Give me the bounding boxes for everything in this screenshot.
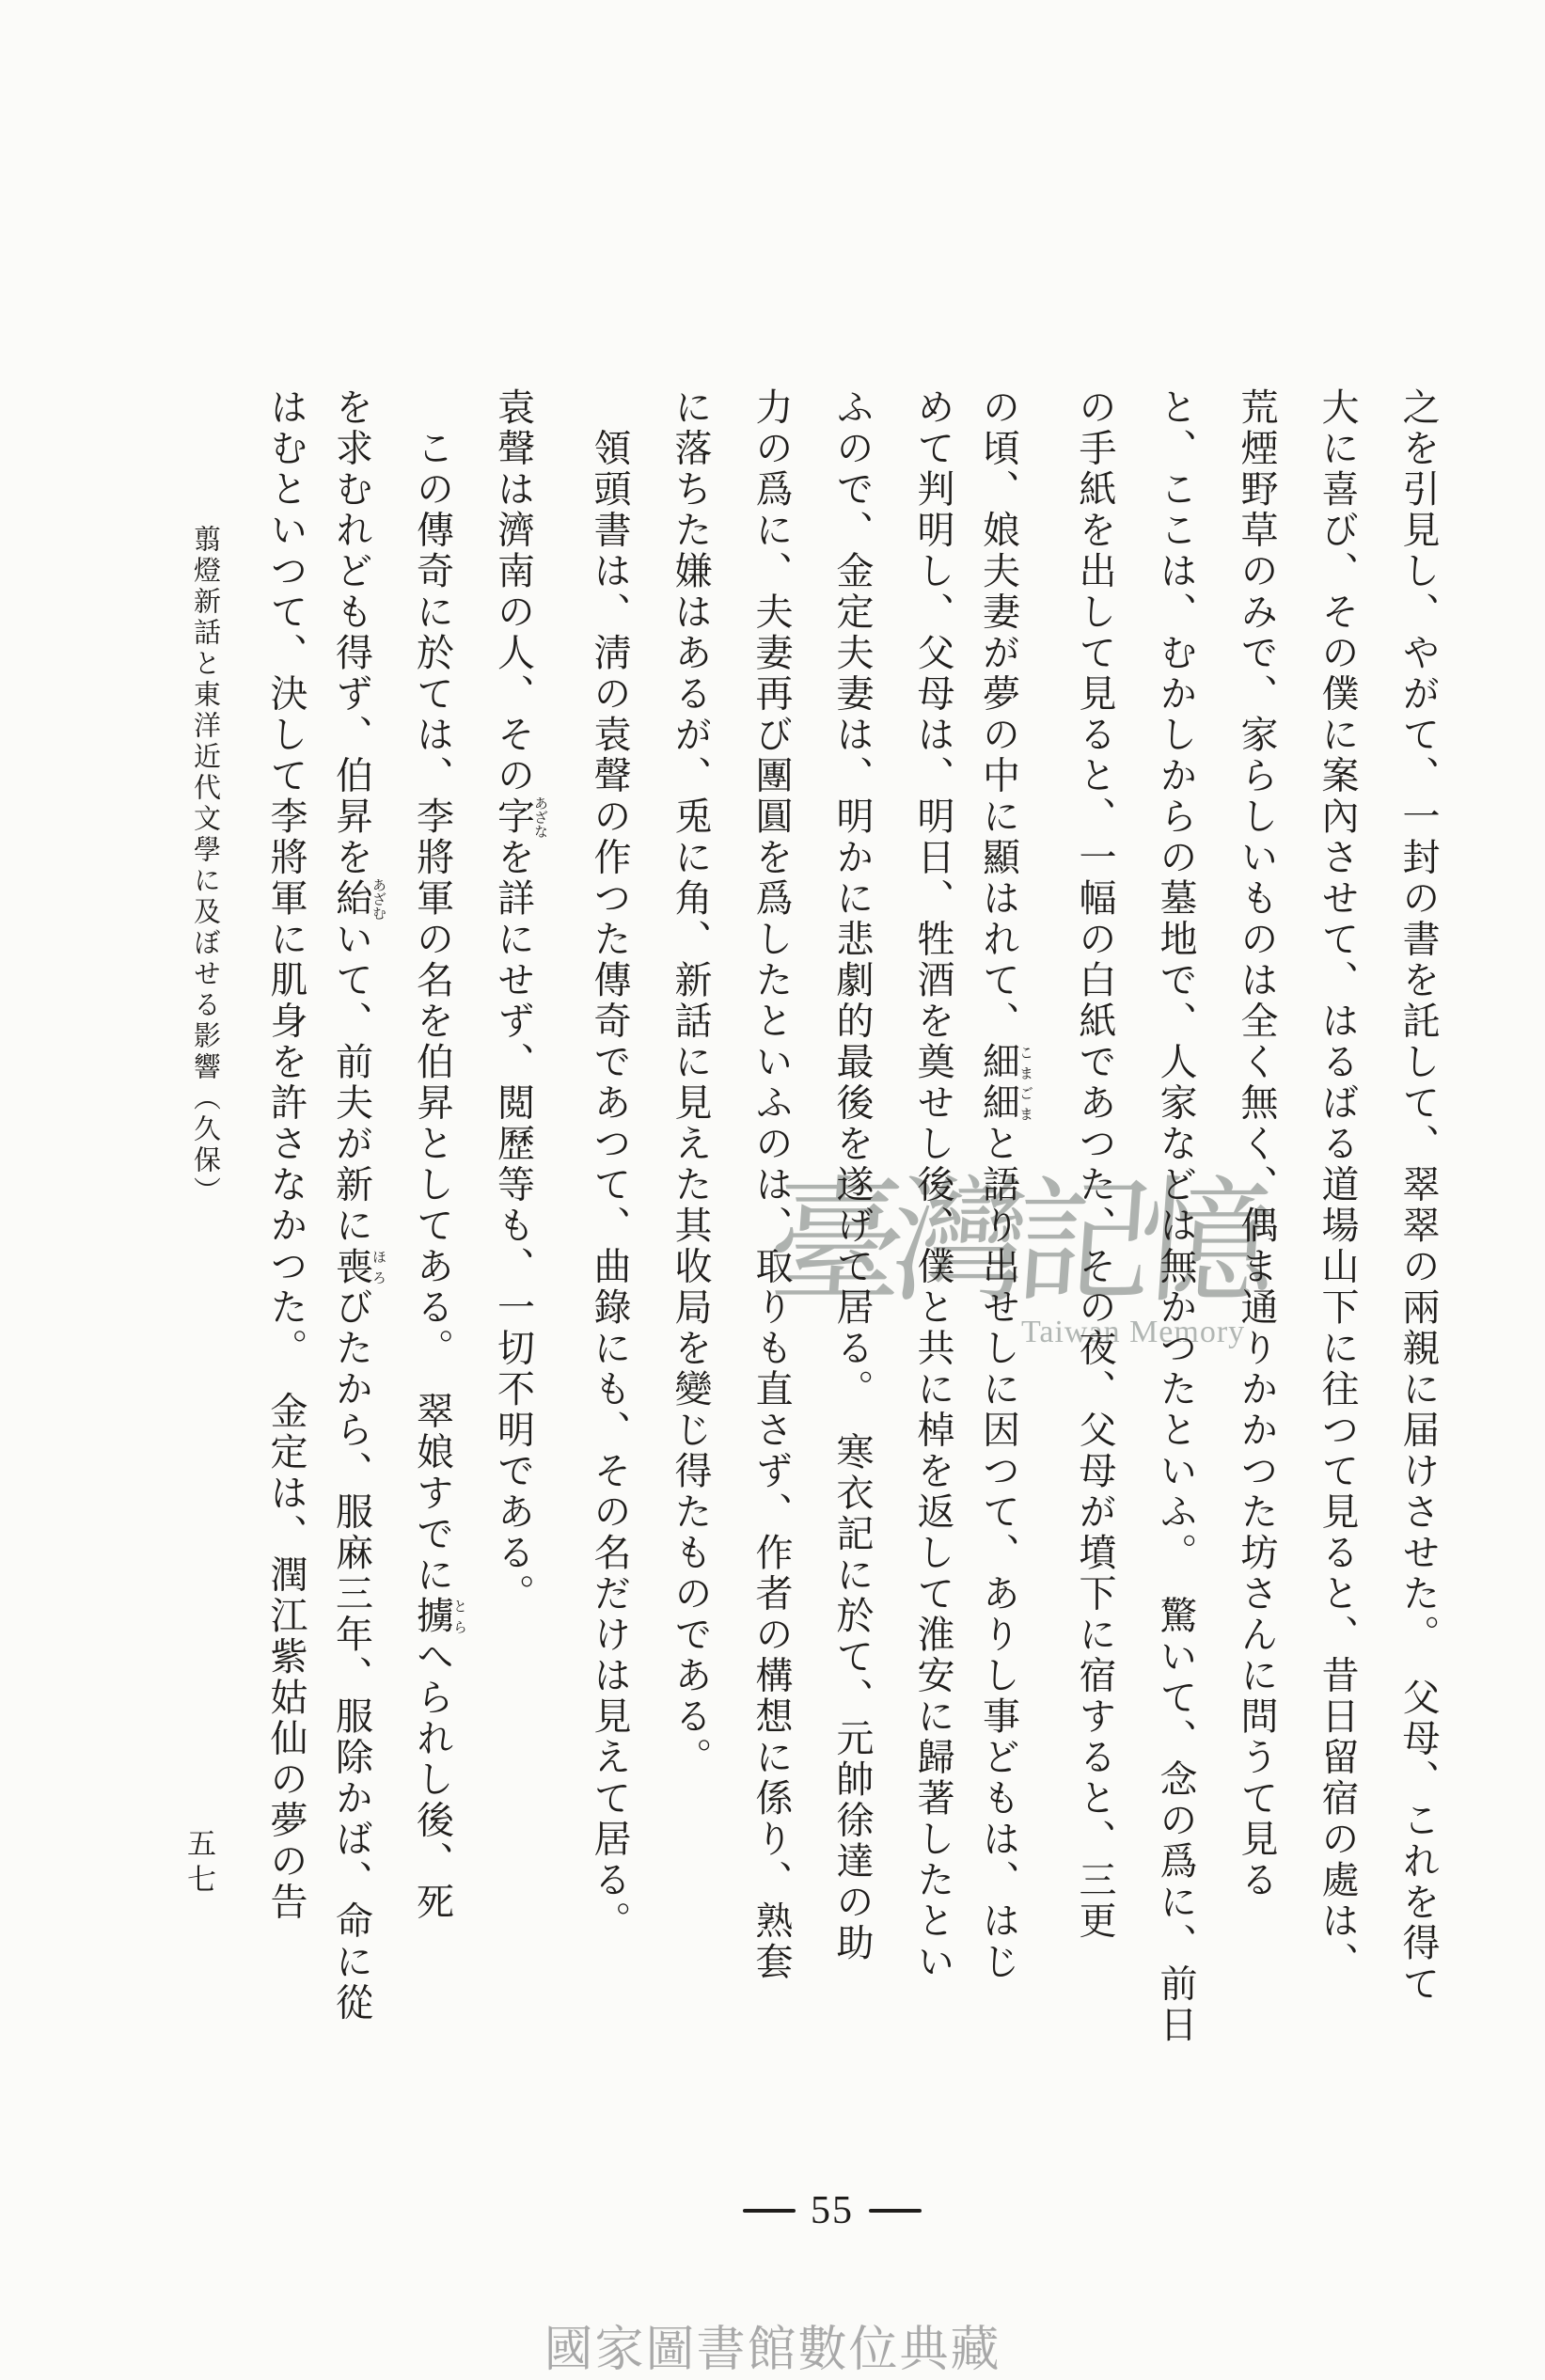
text-column: を求むれども得ず、伯昇を紿あざむいて、前夫が新に喪ほろびたから、服麻三年、服除か… xyxy=(348,387,386,2089)
text-column: この傳奇に於ては、李將軍の名を伯昇としてある。 翠娘すでに擄とらへられし後、死 xyxy=(429,387,466,2089)
printed-page-number: 55 xyxy=(738,2191,926,2230)
text-column: 領頭書は、淸の袁聲の作つた傳奇であつて、曲錄にも、その名だけは見えて居る。 xyxy=(591,387,628,2089)
folio-page-number: 五七 xyxy=(182,1828,214,1899)
running-title: 翦燈新話と東洋近代文學に及ぼせる影響（久保） xyxy=(190,525,220,1239)
text-column: に落ちた嫌はあるが、兎に角、新話に見えた其收局を變じ得たものである。 xyxy=(671,387,709,2089)
text-column: 力の爲に、夫妻再び團圓を爲したといふのは、取りも直さず、作者の構想に係り、熟套 xyxy=(752,387,790,2089)
text-column: めて判明し、父母は、明日、牲酒を奠せし後、僕と共に棹を返して淮安に歸著したとい xyxy=(914,387,952,2089)
ruby-annotated-word: 字あざな xyxy=(493,796,535,838)
text-column: の手紙を出して見ると、一幅の白紙であつた、その夜、父母が墳下に宿すると、三更 xyxy=(1076,387,1113,2089)
text-column: ふので、金定夫妻は、明かに悲劇的最後を遂げて居る。 寒衣記に於て、元帥徐達の助 xyxy=(833,387,871,2089)
text-column: 荒煙野草のみで、家らしいものは全く無く、偶ま通りかかつた坊さんに問うて見る xyxy=(1238,387,1275,2089)
text-column: と、ここは、むかしからの墓地で、人家などは無かつたといふ。 驚いて、念の爲に、前… xyxy=(1157,387,1194,2089)
text-column: はむといつて、決して李將軍に肌身を許さなかつた。 金定は、潤江紫姑仙の夢の告 xyxy=(267,387,305,2089)
ruby-annotated-word: 擄とら xyxy=(412,1596,454,1637)
page-number-dash-right xyxy=(869,2209,922,2213)
ruby-annotated-word: 紿あざむ xyxy=(331,878,373,920)
text-column: の頃、娘夫妻が夢の中に顯はれて、細細こまごまと語り出せしに因つて、ありし事どもは… xyxy=(995,387,1033,2089)
scanned-book-page: { "page": { "ink_color": "#1f1d1b", "pap… xyxy=(0,0,1545,2380)
body-text-block: 之を引見し、やがて、一封の書を託して、翠翠の兩親に届けさせた。 父母、これを得て… xyxy=(267,387,1437,2089)
library-digital-archive-watermark: 國家圖書館數位典藏 xyxy=(0,2309,1545,2380)
text-column: 袁聲は濟南の人、その字あざなを詳にせず、閲歷等も、一切不明である。 xyxy=(510,387,547,2089)
page-number-dash-left xyxy=(743,2209,796,2213)
text-column: 之を引見し、やがて、一封の書を託して、翠翠の兩親に届けさせた。 父母、これを得て xyxy=(1399,387,1437,2089)
ruby-annotated-word: 喪ほろ xyxy=(331,1247,373,1288)
page-number-value: 55 xyxy=(811,2191,854,2230)
ruby-annotated-word: 細細こまごま xyxy=(978,1042,1020,1124)
text-column: 大に喜び、その僕に案內させて、はるばる道場山下に往つて見ると、昔日留宿の處は、 xyxy=(1318,387,1356,2089)
